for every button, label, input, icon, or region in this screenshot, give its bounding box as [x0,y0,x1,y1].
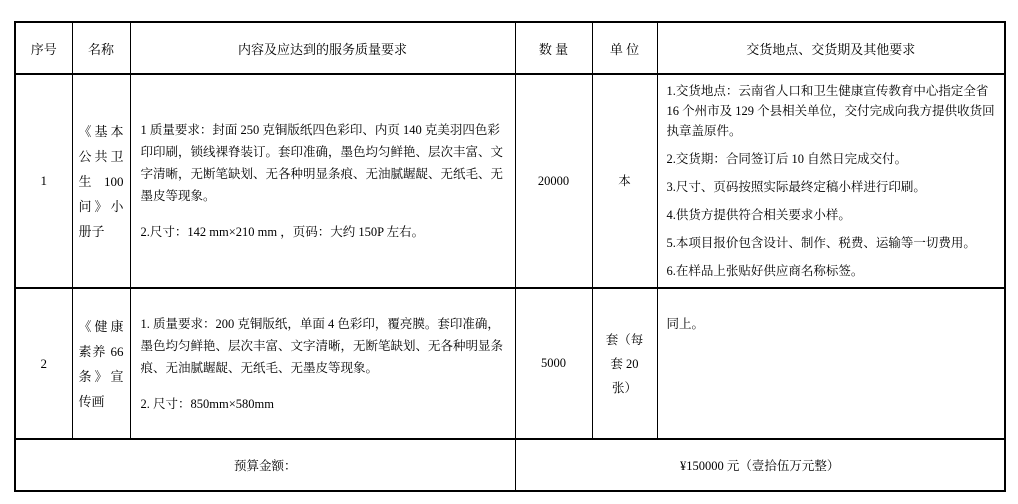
row1-quality-paragraph-2: 2.尺寸：142 mm×210 mm ，页码：大约 150P 左右。 [141,221,505,243]
row2-item-name: 《健康素养 66 条》宣传画 [72,288,130,439]
row2-delivery-requirements: 同上。 [657,288,1005,439]
header-no: 序号 [15,22,72,74]
row2-quality-paragraph-1: 1. 质量要求：200 克铜版纸，单面 4 色彩印，覆亮膜。套印准确，墨色均匀鲜… [141,313,505,379]
table-header-row: 序号 名称 内容及应达到的服务质量要求 数 量 单 位 交货地点、交货期及其他要… [15,22,1005,74]
row1-unit: 本 [592,74,657,288]
document-page: 序号 名称 内容及应达到的服务质量要求 数 量 单 位 交货地点、交货期及其他要… [0,0,1018,504]
row2-unit: 套（每套 20 张） [592,288,657,439]
header-quantity: 数 量 [515,22,592,74]
table-row-item-1: 1 《基本公共卫生 100 问》小册子 1 质量要求：封面 250 克铜版纸四色… [15,74,1005,288]
table-row-item-2: 2 《健康素养 66 条》宣传画 1. 质量要求：200 克铜版纸，单面 4 色… [15,288,1005,439]
header-name: 名称 [72,22,130,74]
row1-quality-requirements: 1 质量要求：封面 250 克铜版纸四色彩印、内页 140 克美羽四色彩印印刷，… [130,74,515,288]
row1-delivery-item-2: 2.交货期：合同签订后 10 自然日完成交付。 [667,149,996,169]
header-content: 内容及应达到的服务质量要求 [130,22,515,74]
row1-delivery-item-4: 4.供货方提供符合相关要求小样。 [667,205,996,225]
budget-amount: ¥150000 元（壹拾伍万元整） [515,439,1005,491]
row1-quality-paragraph-1: 1 质量要求：封面 250 克铜版纸四色彩印、内页 140 克美羽四色彩印印刷，… [141,119,505,207]
row1-delivery-item-6: 6.在样品上张贴好供应商名称标签。 [667,261,996,281]
table-footer-row: 预算金额： ¥150000 元（壹拾伍万元整） [15,439,1005,491]
row2-quality-requirements: 1. 质量要求：200 克铜版纸，单面 4 色彩印，覆亮膜。套印准确，墨色均匀鲜… [130,288,515,439]
row1-quantity: 20000 [515,74,592,288]
row2-delivery-same-as-above: 同上。 [667,314,996,334]
row1-delivery-item-3: 3.尺寸、页码按照实际最终定稿小样进行印刷。 [667,177,996,197]
budget-label: 预算金额： [15,439,515,491]
procurement-spec-table: 序号 名称 内容及应达到的服务质量要求 数 量 单 位 交货地点、交货期及其他要… [14,21,1006,492]
header-delivery: 交货地点、交货期及其他要求 [657,22,1005,74]
row2-quantity: 5000 [515,288,592,439]
row1-delivery-item-1: 1.交货地点：云南省人口和卫生健康宣传教育中心指定全省 16 个州市及 129 … [667,81,996,141]
row1-delivery-requirements: 1.交货地点：云南省人口和卫生健康宣传教育中心指定全省 16 个州市及 129 … [657,74,1005,288]
row2-quality-paragraph-2: 2. 尺寸：850mm×580mm [141,393,505,415]
row1-delivery-item-5: 5.本项目报价包含设计、制作、税费、运输等一切费用。 [667,233,996,253]
row1-item-name: 《基本公共卫生 100 问》小册子 [72,74,130,288]
header-unit: 单 位 [592,22,657,74]
row1-serial-number: 1 [15,74,72,288]
row2-serial-number: 2 [15,288,72,439]
